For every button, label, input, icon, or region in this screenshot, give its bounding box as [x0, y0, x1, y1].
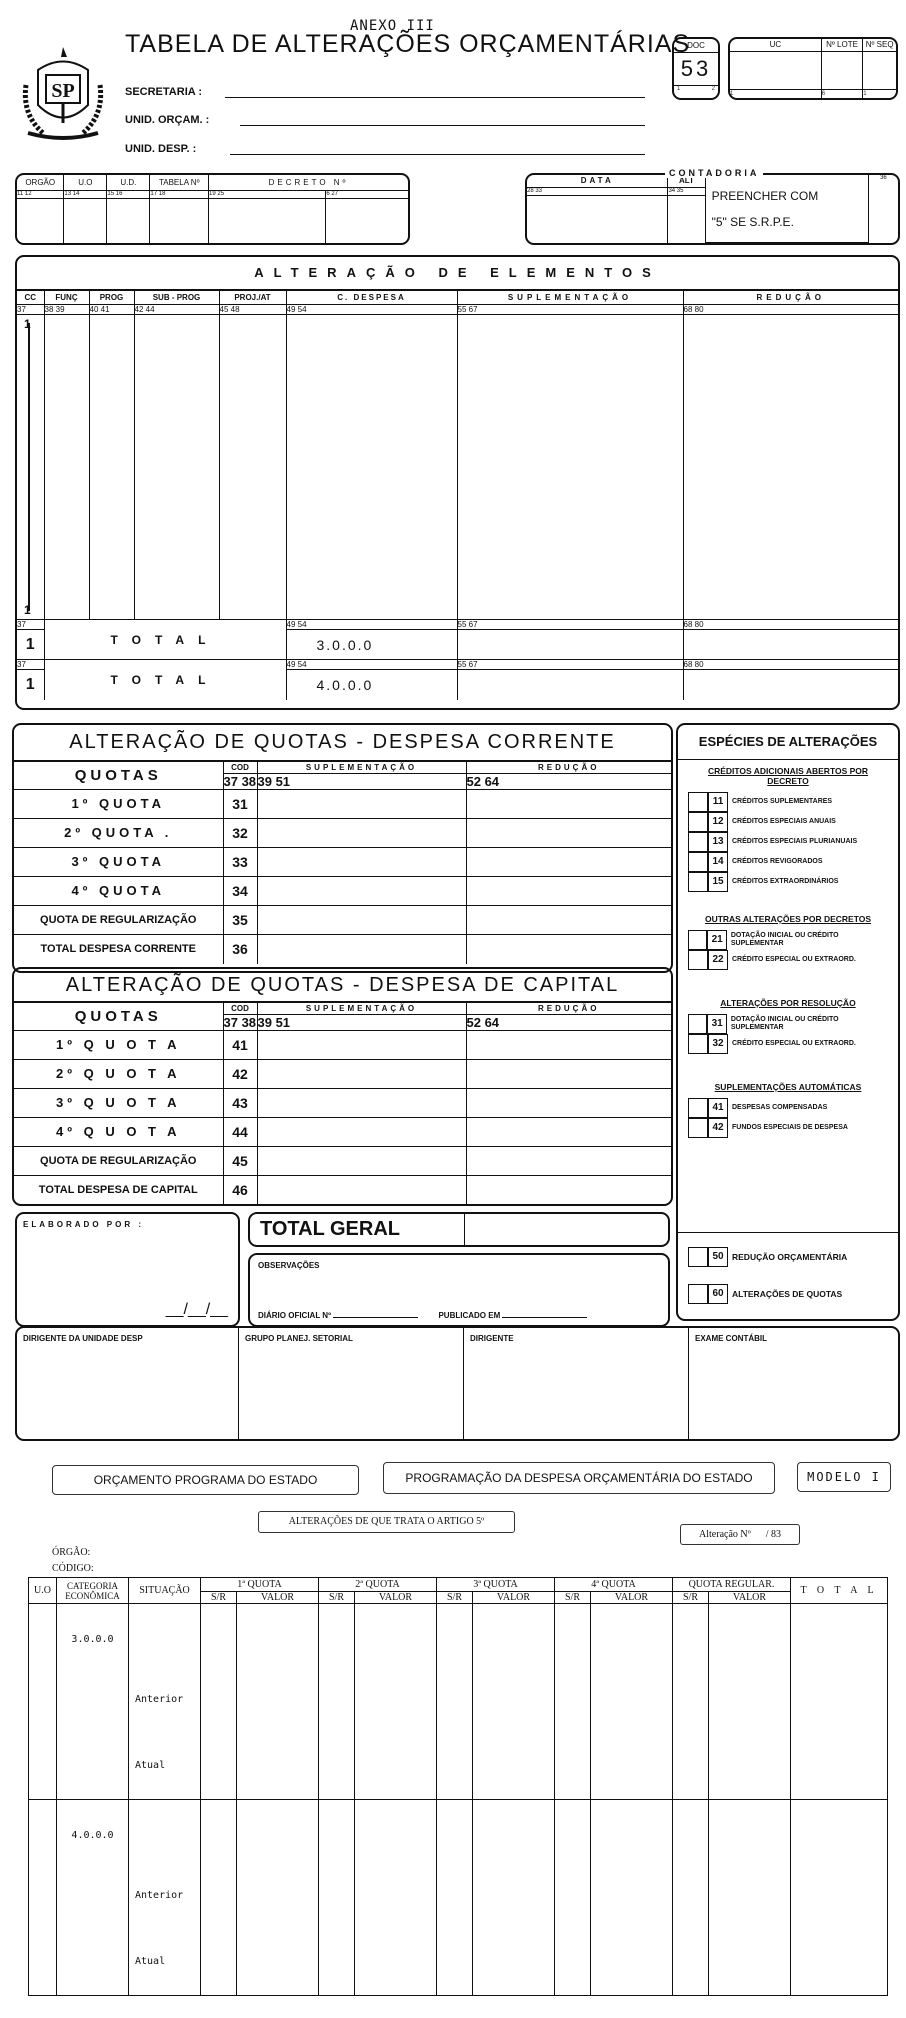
quota-cod: 44 — [223, 1118, 257, 1147]
quota-reducao-field[interactable] — [466, 906, 671, 935]
uo-header: U.O — [64, 175, 107, 190]
ud-field[interactable] — [107, 198, 150, 243]
value-field[interactable] — [355, 1604, 437, 1800]
sr-header: S/R — [673, 1592, 709, 1604]
signature-label: DIRIGENTE — [470, 1334, 514, 1343]
col-num: 1 — [677, 86, 680, 92]
species-code: 42 — [708, 1118, 728, 1138]
valor-header: VALOR — [709, 1592, 791, 1604]
modelo-box: MODELO I — [797, 1462, 891, 1492]
quota-cod: 46 — [223, 1176, 257, 1205]
uo-field[interactable] — [29, 1800, 57, 1996]
col-num: 2 — [712, 86, 715, 92]
elaborado-box[interactable]: ELABORADO POR : __/__/__ — [15, 1212, 240, 1327]
header-reducao: REDUÇÃO — [683, 291, 898, 305]
situacao-atual: Atual — [135, 1760, 200, 1771]
value-field[interactable] — [791, 1800, 888, 1996]
header-func: FUNÇ — [44, 291, 89, 305]
unid-desp-field[interactable] — [230, 154, 645, 155]
value-field[interactable] — [555, 1800, 591, 1996]
col-num: 55 67 — [457, 305, 683, 315]
data-field[interactable] — [527, 195, 668, 243]
col-num: 15 16 — [107, 190, 150, 198]
secretaria-label: SECRETARIA : — [125, 86, 202, 98]
subprog-field[interactable] — [134, 315, 219, 620]
quota-cod: 45 — [223, 1147, 257, 1176]
quota-row: 2º QUOTA .32 — [14, 819, 671, 848]
value-field[interactable] — [437, 1800, 473, 1996]
quota-suplementacao-field[interactable] — [257, 1147, 466, 1176]
observacoes-box[interactable]: OBSERVAÇÕES DIÁRIO OFICIAL Nº PUBLICADO … — [248, 1253, 670, 1327]
col-num: 49 54 — [286, 620, 457, 630]
species-label: DOTAÇÃO INICIAL OU CRÉDITO SUPLEMENTAR — [731, 932, 888, 948]
species-label: DOTAÇÃO INICIAL OU CRÉDITO SUPLEMENTAR — [731, 1016, 888, 1032]
species-label: CRÉDITOS ESPECIAIS PLURIANUAIS — [732, 838, 857, 846]
signatures-box: DIRIGENTE DA UNIDADE DESPGRUPO PLANEJ. S… — [15, 1326, 900, 1441]
quota-cod: 43 — [223, 1089, 257, 1118]
orgao-field[interactable] — [17, 198, 64, 243]
form-title: TABELA DE ALTERAÇÕES ORÇAMENTÁRIAS — [125, 30, 690, 59]
quota-label: 4º QUOTA — [14, 877, 223, 906]
total-geral-field[interactable] — [466, 1214, 668, 1245]
orgao-header: ORGÃO — [17, 175, 64, 190]
quota-reducao-field[interactable] — [466, 819, 671, 848]
reducao-field[interactable] — [683, 315, 898, 620]
quota-suplementacao-field[interactable] — [257, 1118, 466, 1147]
lote-field[interactable] — [821, 51, 863, 89]
quota-cod: 31 — [223, 790, 257, 819]
total-cc: 1 — [17, 630, 44, 660]
col-num: 17 18 — [150, 190, 209, 198]
species-checkbox[interactable] — [688, 792, 708, 812]
codigo-label: CÓDIGO: — [52, 1563, 94, 1574]
uc-field[interactable] — [730, 51, 821, 89]
quota-reducao-field[interactable] — [466, 1118, 671, 1147]
quota-suplementacao-field[interactable] — [257, 877, 466, 906]
col-num: 28 33 — [527, 187, 668, 195]
elements-section: ALTERAÇÃO DE ELEMENTOS CC FUNÇ PROG SUB … — [15, 255, 900, 710]
quota-label: 3º QUOTA — [14, 848, 223, 877]
side-field[interactable]: 36 — [868, 175, 898, 243]
seq-field[interactable] — [863, 51, 896, 89]
situacao-atual: Atual — [135, 1956, 200, 1967]
quota-label: TOTAL DESPESA CORRENTE — [14, 935, 223, 964]
header-cc: CC — [17, 291, 44, 305]
value-field[interactable] — [673, 1800, 709, 1996]
elaborado-label: ELABORADO POR : — [17, 1214, 238, 1235]
species-group: CRÉDITOS ADICIONAIS ABERTOS POR DECRETO … — [688, 766, 888, 892]
species-group: OUTRAS ALTERAÇÕES POR DECRETOS 21 DOTAÇÃ… — [688, 914, 888, 970]
modelo-table: U.O CATEGORIA ECONÔMICA SITUAÇÃO1ª QUOTA… — [28, 1577, 888, 1996]
uo-header: U.O — [29, 1578, 57, 1604]
species-code: 50 — [708, 1247, 728, 1267]
signature-field[interactable]: EXAME CONTÁBIL — [689, 1328, 898, 1439]
cod-header: COD — [223, 762, 257, 774]
quota-header: 3ª QUOTA — [437, 1578, 555, 1592]
situacao-anterior: Anterior — [135, 1890, 200, 1901]
col-num: 55 67 — [457, 620, 683, 630]
species-label: CRÉDITOS ESPECIAIS ANUAIS — [732, 818, 836, 826]
species-item: 13 CRÉDITOS ESPECIAIS PLURIANUAIS — [688, 832, 888, 852]
quota-label: 1º QUOTA — [14, 790, 223, 819]
quota-suplementacao-field[interactable] — [257, 1176, 466, 1205]
total-label: TOTAL — [44, 660, 286, 700]
quota-row: 1º QUOTA31 — [14, 790, 671, 819]
uc-header: UC — [730, 39, 821, 51]
col-num: 45 48 — [219, 305, 286, 315]
header-despesa: C. DESPESA — [286, 291, 457, 305]
quota-row: 4º QUOTA34 — [14, 877, 671, 906]
quota-reducao-field[interactable] — [466, 1147, 671, 1176]
species-item: 21 DOTAÇÃO INICIAL OU CRÉDITO SUPLEMENTA… — [688, 930, 888, 950]
suplementacao-field[interactable] — [457, 315, 683, 620]
signature-label: GRUPO PLANEJ. SETORIAL — [245, 1334, 353, 1343]
species-item: 12 CRÉDITOS ESPECIAIS ANUAIS — [688, 812, 888, 832]
species-item: 11 CRÉDITOS SUPLEMENTARES — [688, 792, 888, 812]
species-checkbox[interactable] — [688, 1098, 708, 1118]
alt-field[interactable] — [668, 195, 705, 243]
uo-field[interactable] — [29, 1604, 57, 1800]
reducao-header: REDUÇÃO — [466, 1003, 671, 1015]
note-line-1: PREENCHER COM — [712, 183, 868, 209]
col-num: 19 25 — [209, 190, 326, 198]
reducao-header: REDUÇÃO — [466, 762, 671, 774]
cc-field[interactable]: 1 1 — [17, 315, 44, 620]
total-header: T O T A L — [791, 1578, 888, 1604]
value-field[interactable] — [791, 1604, 888, 1800]
value-field[interactable] — [437, 1604, 473, 1800]
quota-header: 4ª QUOTA — [555, 1578, 673, 1592]
species-checkbox[interactable] — [688, 832, 708, 852]
quota-label: 3º Q U O T A — [14, 1089, 223, 1118]
observacoes-label: OBSERVAÇÕES — [250, 1255, 668, 1276]
situacao-cell: Anterior Atual — [129, 1800, 201, 1996]
quota-reducao-field[interactable] — [466, 1176, 671, 1205]
species-checkbox[interactable] — [688, 950, 708, 970]
col-num: 1 — [863, 89, 896, 98]
quota-cod: 36 — [223, 935, 257, 964]
orcamento-programa-box: ORÇAMENTO PROGRAMA DO ESTADO — [52, 1465, 359, 1495]
col-num: 37 38 — [223, 1015, 257, 1031]
sr-header: S/R — [319, 1592, 355, 1604]
quota-reducao-field[interactable] — [466, 790, 671, 819]
quota-reducao-field[interactable] — [466, 848, 671, 877]
col-num: 37 — [17, 305, 44, 315]
quota-header: QUOTA REGULAR. — [673, 1578, 791, 1592]
cc-start: 1 — [24, 317, 31, 331]
species-code: 32 — [708, 1034, 728, 1054]
quota-suplementacao-field[interactable] — [257, 935, 466, 964]
value-field[interactable] — [555, 1604, 591, 1800]
func-field[interactable] — [44, 315, 89, 620]
col-num: 37 — [17, 620, 44, 630]
header-prog: PROG — [89, 291, 134, 305]
quota-reducao-field[interactable] — [466, 1089, 671, 1118]
publicado-field[interactable] — [502, 1317, 587, 1318]
total-despesa-3000: 3.0.0.0 — [286, 630, 457, 660]
sr-header: S/R — [437, 1592, 473, 1604]
publicado-label: PUBLICADO EM — [438, 1311, 500, 1320]
species-group-heading: CRÉDITOS ADICIONAIS ABERTOS POR DECRETO — [688, 766, 888, 786]
doc-box: DOC 53 12 — [672, 37, 720, 100]
cod-header: COD — [223, 1003, 257, 1015]
quota-row: 3º QUOTA33 — [14, 848, 671, 877]
species-code: 15 — [708, 872, 728, 892]
species-checkbox[interactable] — [688, 930, 707, 950]
col-num: 55 67 — [457, 660, 683, 670]
unid-desp-label: UNID. DESP. : — [125, 143, 196, 155]
species-item: 15 CRÉDITOS EXTRAORDINÁRIOS — [688, 872, 888, 892]
species-checkbox[interactable] — [688, 812, 708, 832]
value-field[interactable] — [709, 1800, 791, 1996]
diario-field[interactable] — [333, 1317, 418, 1318]
col-num: 37 — [17, 660, 44, 670]
quota-cod: 32 — [223, 819, 257, 848]
unid-orcam-label: UNID. ORÇAM. : — [125, 114, 209, 126]
valor-header: VALOR — [473, 1592, 555, 1604]
species-code: 31 — [707, 1014, 726, 1034]
quota-reducao-field[interactable] — [466, 935, 671, 964]
quota-suplementacao-field[interactable] — [257, 1060, 466, 1089]
quota-suplementacao-field[interactable] — [257, 1031, 466, 1060]
diario-row: DIÁRIO OFICIAL Nº PUBLICADO EM — [258, 1311, 587, 1320]
header-suplementacao: SUPLEMENTAÇÃO — [457, 291, 683, 305]
total-reducao-field[interactable] — [683, 630, 898, 660]
prog-field[interactable] — [89, 315, 134, 620]
value-field[interactable] — [473, 1604, 555, 1800]
species-item: 41 DESPESAS COMPENSADAS — [688, 1098, 888, 1118]
species-group-heading: ALTERAÇÕES POR RESOLUÇÃO — [688, 998, 888, 1008]
species-item: 32 CRÉDITO ESPECIAL OU EXTRAORD. — [688, 1034, 888, 1054]
species-label: ALTERAÇÕES DE QUOTAS — [732, 1289, 842, 1299]
col-num: 38 39 — [44, 305, 89, 315]
quota-row: TOTAL DESPESA CORRENTE36 — [14, 935, 671, 964]
decreto-suffix-field[interactable] — [326, 198, 408, 243]
categoria-cell: 4.0.0.0 — [57, 1800, 129, 1996]
projat-field[interactable] — [219, 315, 286, 620]
header-subprog: SUB - PROG — [134, 291, 219, 305]
sr-header: S/R — [555, 1592, 591, 1604]
species-code: 21 — [707, 930, 726, 950]
species-label: FUNDOS ESPECIAIS DE DESPESA — [732, 1124, 848, 1132]
value-field[interactable] — [673, 1604, 709, 1800]
unid-orcam-field[interactable] — [240, 125, 645, 126]
quota-header: 2ª QUOTA — [319, 1578, 437, 1592]
total-reducao-field[interactable] — [683, 670, 898, 700]
value-field[interactable] — [237, 1800, 319, 1996]
date-field[interactable]: __/__/__ — [166, 1301, 228, 1319]
diario-label: DIÁRIO OFICIAL Nº — [258, 1311, 331, 1320]
col-num: 34 35 — [668, 187, 705, 195]
quota-reducao-field[interactable] — [466, 877, 671, 906]
col-num: 11 12 — [17, 190, 64, 198]
seq-header: Nº SEQ — [863, 39, 896, 51]
situacao-cell: Anterior Atual — [129, 1604, 201, 1800]
species-label: CRÉDITOS SUPLEMENTARES — [732, 798, 832, 806]
alteracao-box: Alteração Nº / 83 — [680, 1524, 800, 1545]
quota-row: QUOTA DE REGULARIZAÇÃO35 — [14, 906, 671, 935]
species-item: 14 CRÉDITOS REVIGORADOS — [688, 852, 888, 872]
secretaria-field[interactable] — [225, 97, 645, 98]
value-field[interactable] — [201, 1800, 237, 1996]
quota-row: TOTAL DESPESA DE CAPITAL46 — [14, 1176, 671, 1205]
col-num: 49 54 — [286, 660, 457, 670]
contadoria-title: CONTADORIA — [665, 168, 763, 178]
col-num: 6 — [821, 89, 863, 98]
species-code: 41 — [708, 1098, 728, 1118]
signature-field[interactable]: DIRIGENTE — [464, 1328, 689, 1439]
svg-text:SP: SP — [51, 80, 74, 102]
species-item: 60 ALTERAÇÕES DE QUOTAS — [688, 1284, 888, 1304]
species-group-heading: OUTRAS ALTERAÇÕES POR DECRETOS — [688, 914, 888, 924]
quota-label: QUOTA DE REGULARIZAÇÃO — [14, 1147, 223, 1176]
species-checkbox[interactable] — [688, 852, 708, 872]
species-code: 11 — [708, 792, 728, 812]
quota-row: 1º Q U O T A41 — [14, 1031, 671, 1060]
value-field[interactable] — [473, 1800, 555, 1996]
programacao-box: PROGRAMAÇÃO DA DESPESA ORÇAMENTÁRIA DO E… — [383, 1462, 775, 1494]
cc-fill-line — [28, 323, 30, 611]
species-code: 60 — [708, 1284, 728, 1304]
signature-field[interactable]: GRUPO PLANEJ. SETORIAL — [239, 1328, 464, 1439]
tabela-header: TABELA Nº — [150, 175, 209, 190]
valor-header: VALOR — [237, 1592, 319, 1604]
species-checkbox[interactable] — [688, 1247, 708, 1267]
species-checkbox[interactable] — [688, 1014, 707, 1034]
contadoria-box: DATA ALT PREENCHER COM "5" SE S.R.P.E. 3… — [525, 173, 900, 245]
despesa-field[interactable] — [286, 315, 457, 620]
signature-label: EXAME CONTÁBIL — [695, 1334, 767, 1343]
species-label: CRÉDITOS REVIGORADOS — [732, 858, 823, 866]
total-suplementacao-field[interactable] — [457, 670, 683, 700]
suplementacao-header: SUPLEMENTAÇÃO — [257, 1003, 466, 1015]
value-field[interactable] — [709, 1604, 791, 1800]
col-num: 37 38 — [223, 774, 257, 790]
col-num: 39 51 — [257, 1015, 466, 1031]
species-label: REDUÇÃO ORÇAMENTÁRIA — [732, 1252, 847, 1262]
col-num: 68 80 — [683, 305, 898, 315]
col-num: 68 80 — [683, 620, 898, 630]
valor-header: VALOR — [355, 1592, 437, 1604]
tabela-field[interactable] — [150, 198, 209, 243]
subtitle-box: ALTERAÇÕES DE QUE TRATA O ARTIGO 5º — [258, 1511, 515, 1533]
quota-row: QUOTA DE REGULARIZAÇÃO45 — [14, 1147, 671, 1176]
lote-header: Nº LOTE — [821, 39, 863, 51]
quota-suplementacao-field[interactable] — [257, 906, 466, 935]
quota-suplementacao-field[interactable] — [257, 819, 466, 848]
data-header: DATA — [527, 175, 668, 187]
quota-cod: 41 — [223, 1031, 257, 1060]
total-suplementacao-field[interactable] — [457, 630, 683, 660]
col-num: 39 51 — [257, 774, 466, 790]
species-item: 31 DOTAÇÃO INICIAL OU CRÉDITO SUPLEMENTA… — [688, 1014, 888, 1034]
quota-suplementacao-field[interactable] — [257, 790, 466, 819]
situacao-header: SITUAÇÃO — [129, 1578, 201, 1604]
species-item: 42 FUNDOS ESPECIAIS DE DESPESA — [688, 1118, 888, 1138]
species-label: CRÉDITO ESPECIAL OU EXTRAORD. — [732, 956, 856, 964]
quota-row: 3º Q U O T A43 — [14, 1089, 671, 1118]
quota-header: 1ª QUOTA — [201, 1578, 319, 1592]
quota-reducao-field[interactable] — [466, 1060, 671, 1089]
col-num: 52 64 — [466, 1015, 671, 1031]
value-field[interactable] — [319, 1604, 355, 1800]
species-checkbox[interactable] — [688, 1284, 708, 1304]
value-field[interactable] — [591, 1604, 673, 1800]
quota-cod: 33 — [223, 848, 257, 877]
ud-header: U.D. — [107, 175, 150, 190]
table-row: 4.0.0.0 Anterior Atual — [29, 1800, 888, 1996]
categoria-cell: 3.0.0.0 — [57, 1604, 129, 1800]
quotas-corrente-section: ALTERAÇÃO DE QUOTAS - DESPESA CORRENTE Q… — [12, 723, 673, 973]
species-code: 13 — [708, 832, 728, 852]
total-geral-label: TOTAL GERAL — [250, 1214, 465, 1245]
note-line-2: "5" SE S.R.P.E. — [712, 209, 868, 235]
doc-value: 53 — [674, 53, 718, 85]
quota-label: 2º QUOTA . — [14, 819, 223, 848]
quota-suplementacao-field[interactable] — [257, 848, 466, 877]
uc-lote-seq-box: UC Nº LOTE Nº SEQ 1 6 1 — [728, 37, 898, 100]
quota-cod: 42 — [223, 1060, 257, 1089]
value-field[interactable] — [201, 1604, 237, 1800]
total-cc: 1 — [17, 670, 44, 700]
species-group: ALTERAÇÕES POR RESOLUÇÃO 31 DOTAÇÃO INIC… — [688, 998, 888, 1054]
species-group-heading: SUPLEMENTAÇÕES AUTOMÁTICAS — [688, 1082, 888, 1092]
value-field[interactable] — [591, 1800, 673, 1996]
species-group: SUPLEMENTAÇÕES AUTOMÁTICAS 41 DESPESAS C… — [688, 1082, 888, 1138]
species-code: 22 — [708, 950, 728, 970]
col-num: 6 27 — [326, 190, 408, 198]
quota-cod: 35 — [223, 906, 257, 935]
species-code: 12 — [708, 812, 728, 832]
suplementacao-header: SUPLEMENTAÇÃO — [257, 762, 466, 774]
species-checkbox[interactable] — [688, 872, 708, 892]
quota-label: 2º Q U O T A — [14, 1060, 223, 1089]
quota-label: QUOTA DE REGULARIZAÇÃO — [14, 906, 223, 935]
total-label: TOTAL — [44, 620, 286, 660]
value-field[interactable] — [237, 1604, 319, 1800]
value-field[interactable] — [355, 1800, 437, 1996]
elements-title: ALTERAÇÃO DE ELEMENTOS — [17, 257, 898, 290]
uo-field[interactable] — [64, 198, 107, 243]
quota-reducao-field[interactable] — [466, 1031, 671, 1060]
valor-header: VALOR — [591, 1592, 673, 1604]
col-num: 13 14 — [64, 190, 107, 198]
quotas-header: QUOTAS — [14, 762, 223, 790]
quotas-capital-section: ALTERAÇÃO DE QUOTAS - DESPESA DE CAPITAL… — [12, 967, 673, 1206]
signature-label: DIRIGENTE DA UNIDADE DESP — [23, 1334, 143, 1343]
orgao-label: ÓRGÃO: — [52, 1547, 90, 1558]
quota-label: 4º Q U O T A — [14, 1118, 223, 1147]
col-num: 52 64 — [466, 774, 671, 790]
decreto-field[interactable] — [209, 198, 326, 243]
total-geral-box: TOTAL GERAL — [248, 1212, 670, 1247]
quota-suplementacao-field[interactable] — [257, 1089, 466, 1118]
sp-coat-of-arms-icon: SP — [18, 45, 108, 145]
col-num: 40 41 — [89, 305, 134, 315]
header-projat: PROJ./AT — [219, 291, 286, 305]
signature-field[interactable]: DIRIGENTE DA UNIDADE DESP — [17, 1328, 239, 1439]
categoria-header: CATEGORIA ECONÔMICA — [57, 1578, 129, 1604]
orgao-box: ORGÃO U.O U.D. TABELA Nº DECRETO Nº 11 1… — [15, 173, 410, 245]
species-label: CRÉDITOS EXTRAORDINÁRIOS — [732, 878, 838, 886]
col-num: 49 54 — [286, 305, 457, 315]
species-checkbox[interactable] — [688, 1034, 708, 1054]
value-field[interactable] — [319, 1800, 355, 1996]
species-section: ESPÉCIES DE ALTERAÇÕES CRÉDITOS ADICIONA… — [676, 723, 900, 1321]
quotas-header: QUOTAS — [14, 1003, 223, 1031]
species-title: ESPÉCIES DE ALTERAÇÕES — [678, 725, 898, 760]
species-checkbox[interactable] — [688, 1118, 708, 1138]
